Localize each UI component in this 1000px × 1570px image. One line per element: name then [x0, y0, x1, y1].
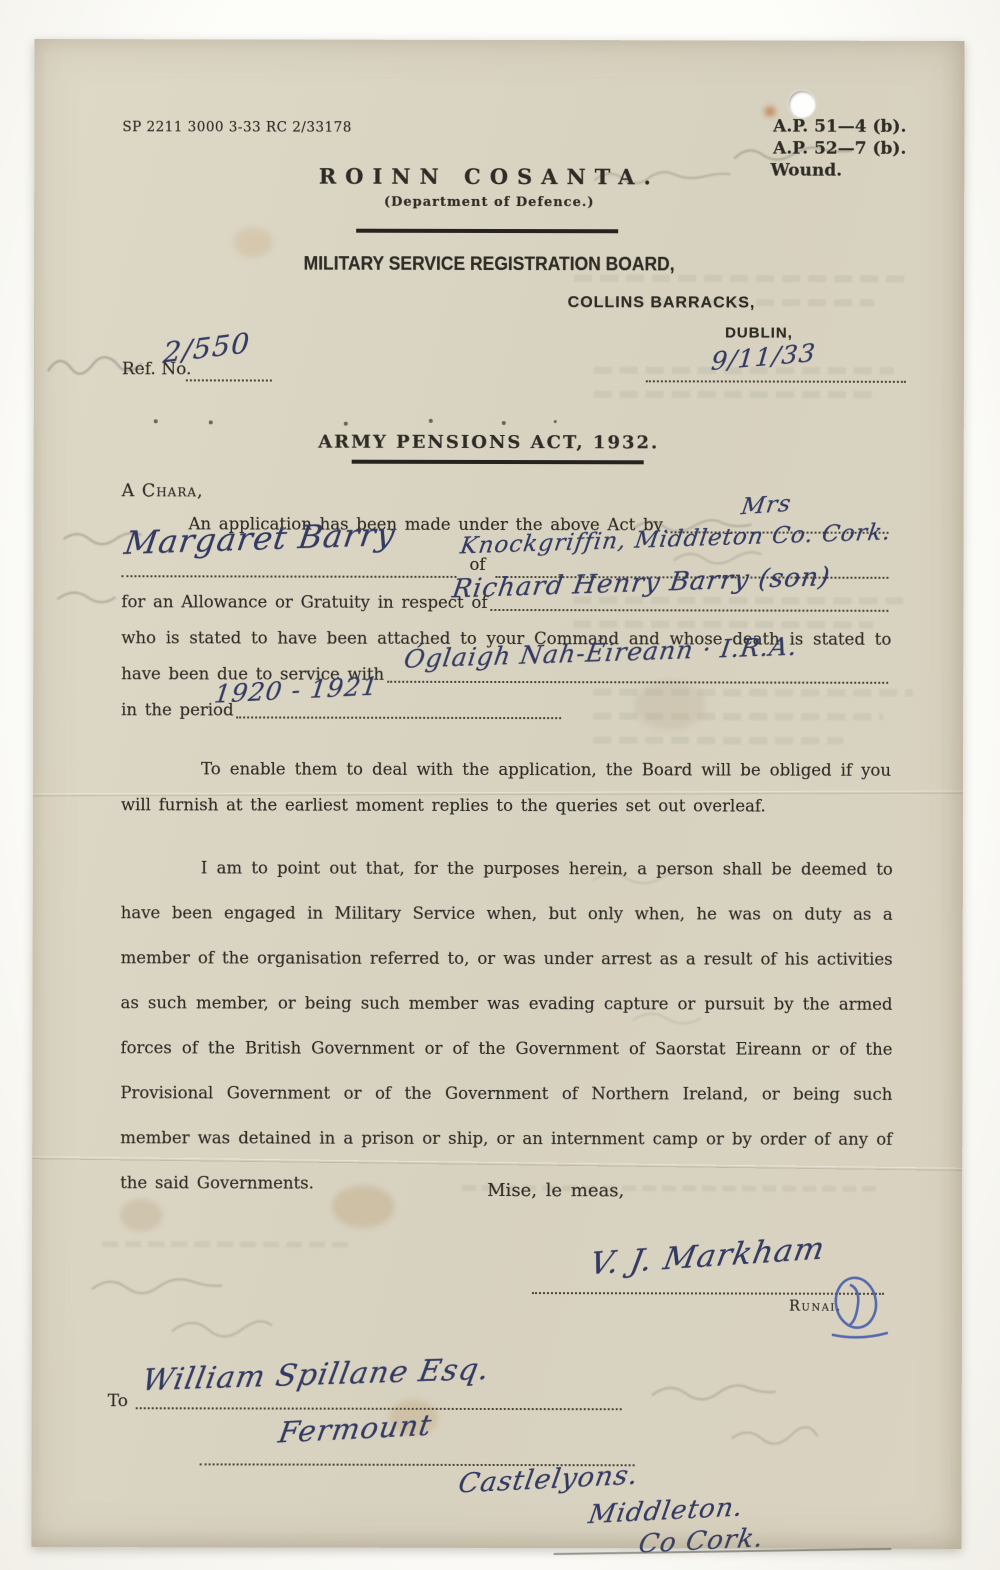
- header-rule: [356, 229, 618, 234]
- paragraph-enable: To enable them to deal with the applicat…: [121, 751, 891, 825]
- ink-stain: [764, 107, 775, 117]
- ink-speck: [502, 421, 506, 425]
- dotted-leader: [237, 717, 562, 720]
- department-subtitle: (Department of Defence.): [89, 194, 889, 211]
- punch-hole: [788, 91, 815, 118]
- document-page: SP 2211 3000 3-33 RC 2/33178 A.P. 51—4 (…: [31, 39, 964, 1549]
- salutation: A Chara,: [122, 481, 204, 501]
- ink-speck: [344, 422, 348, 426]
- applicant-name-line: [121, 559, 456, 578]
- ink-speck: [554, 420, 557, 423]
- to-label: To: [108, 1391, 128, 1411]
- dotted-leader: [490, 609, 888, 612]
- city-line: DUBLIN,: [634, 324, 884, 342]
- handwritten-address-cocork: Co Cork.: [636, 1523, 766, 1559]
- act-title: ARMY PENSIONS ACT, 1932.: [89, 431, 889, 454]
- ap-code-2: A.P. 52—7 (b).: [726, 138, 906, 158]
- board-title: MILITARY SERVICE REGISTRATION BOARD,: [121, 253, 857, 277]
- handwritten-title-mrs: Mrs: [739, 491, 793, 520]
- form-line-period: in the period: [121, 699, 561, 722]
- paragraph-point-out: I am to point out that, for the purposes…: [120, 845, 893, 1207]
- ink-speck: [154, 419, 158, 423]
- dotted-leader: [387, 681, 888, 684]
- scan-background: SP 2211 3000 3-33 RC 2/33178 A.P. 51—4 (…: [0, 0, 1000, 1570]
- barracks-line: COLLINS BARRACKS,: [489, 294, 834, 313]
- act-title-underline: [352, 460, 644, 464]
- department-title: Roinn Cosanta.: [89, 163, 889, 190]
- paper-stain: [633, 680, 705, 730]
- secretary-initials-mark: [820, 1269, 900, 1349]
- closing-phrase: Mise, le meas,: [487, 1180, 624, 1201]
- ap-code-1: A.P. 51—4 (b).: [726, 116, 906, 136]
- print-code: SP 2211 3000 3-33 RC 2/33178: [122, 119, 351, 135]
- ink-speck: [209, 420, 213, 424]
- ink-speck: [429, 419, 433, 423]
